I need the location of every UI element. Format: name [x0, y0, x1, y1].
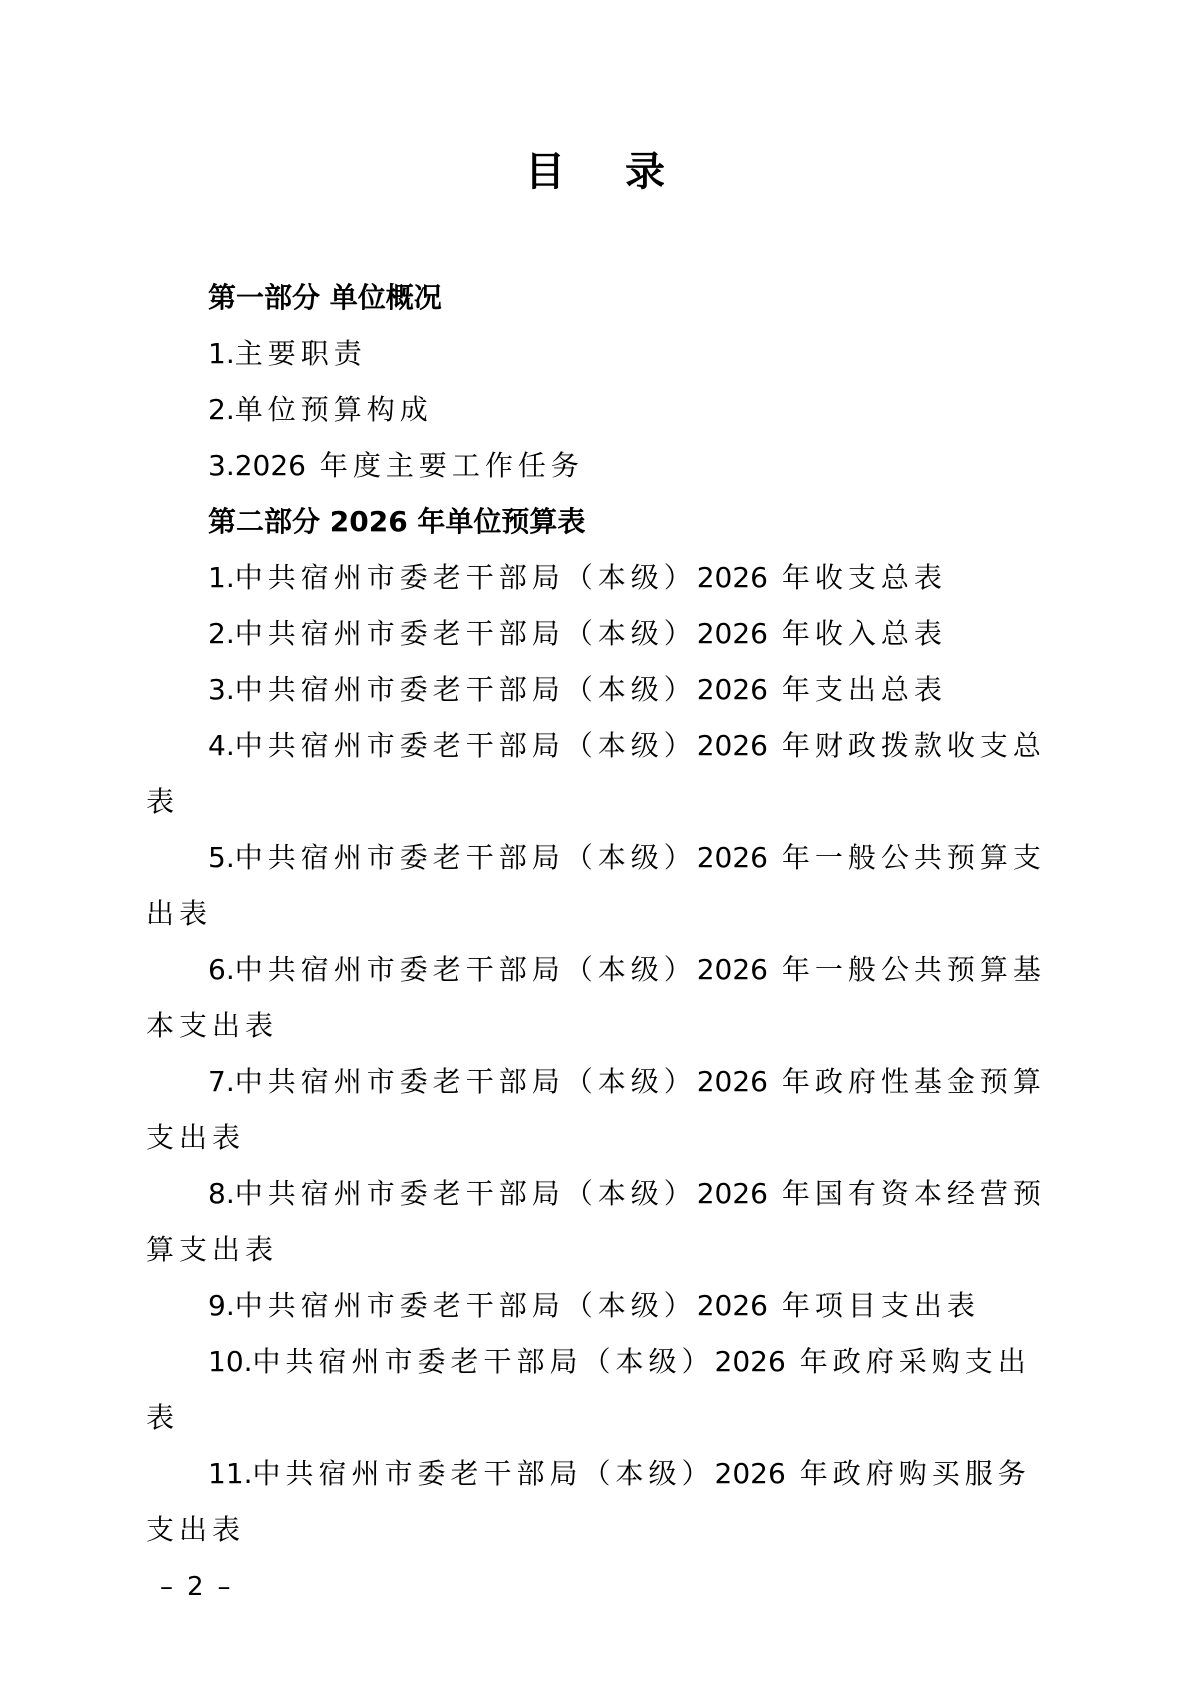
- toc-entry[interactable]: 3.2026 年度主要工作任务: [146, 438, 1036, 494]
- toc-entry[interactable]: 1.主要职责: [146, 326, 1036, 382]
- toc-entry[interactable]: 2.单位预算构成: [146, 382, 1036, 438]
- toc-entry-continuation[interactable]: 本支出表: [146, 998, 1036, 1054]
- toc-entry[interactable]: 1.中共宿州市委老干部局（本级）2026 年收支总表: [146, 550, 1036, 606]
- toc-entry-continuation[interactable]: 算支出表: [146, 1222, 1036, 1278]
- table-of-contents: 第一部分 单位概况 1.主要职责 2.单位预算构成 3.2026 年度主要工作任…: [146, 270, 1036, 1558]
- title-char-1: 目: [525, 149, 565, 195]
- toc-entry[interactable]: 11.中共宿州市委老干部局（本级）2026 年政府购买服务: [146, 1446, 1036, 1502]
- page-footer: –2–: [146, 1572, 245, 1602]
- title-char-2: 录: [625, 149, 665, 195]
- footer-dash-right: –: [218, 1572, 231, 1602]
- toc-entry[interactable]: 7.中共宿州市委老干部局（本级）2026 年政府性基金预算: [146, 1054, 1036, 1110]
- toc-entry[interactable]: 4.中共宿州市委老干部局（本级）2026 年财政拨款收支总: [146, 718, 1036, 774]
- footer-dash-left: –: [160, 1572, 173, 1602]
- toc-entry[interactable]: 8.中共宿州市委老干部局（本级）2026 年国有资本经营预: [146, 1166, 1036, 1222]
- part-1-heading[interactable]: 第一部分 单位概况: [146, 270, 1036, 326]
- toc-entry[interactable]: 6.中共宿州市委老干部局（本级）2026 年一般公共预算基: [146, 942, 1036, 998]
- toc-entry-continuation[interactable]: 表: [146, 774, 1036, 830]
- toc-entry-continuation[interactable]: 支出表: [146, 1110, 1036, 1166]
- part-2-heading[interactable]: 第二部分 2026 年单位预算表: [146, 494, 1036, 550]
- toc-entry[interactable]: 10.中共宿州市委老干部局（本级）2026 年政府采购支出: [146, 1334, 1036, 1390]
- toc-entry[interactable]: 9.中共宿州市委老干部局（本级）2026 年项目支出表: [146, 1278, 1036, 1334]
- page-title: 目录: [0, 140, 1190, 197]
- toc-entry-continuation[interactable]: 出表: [146, 886, 1036, 942]
- toc-entry-continuation[interactable]: 表: [146, 1390, 1036, 1446]
- toc-entry[interactable]: 3.中共宿州市委老干部局（本级）2026 年支出总表: [146, 662, 1036, 718]
- toc-entry-continuation[interactable]: 支出表: [146, 1502, 1036, 1558]
- page-number: 2: [187, 1572, 204, 1602]
- toc-entry[interactable]: 5.中共宿州市委老干部局（本级）2026 年一般公共预算支: [146, 830, 1036, 886]
- toc-entry[interactable]: 2.中共宿州市委老干部局（本级）2026 年收入总表: [146, 606, 1036, 662]
